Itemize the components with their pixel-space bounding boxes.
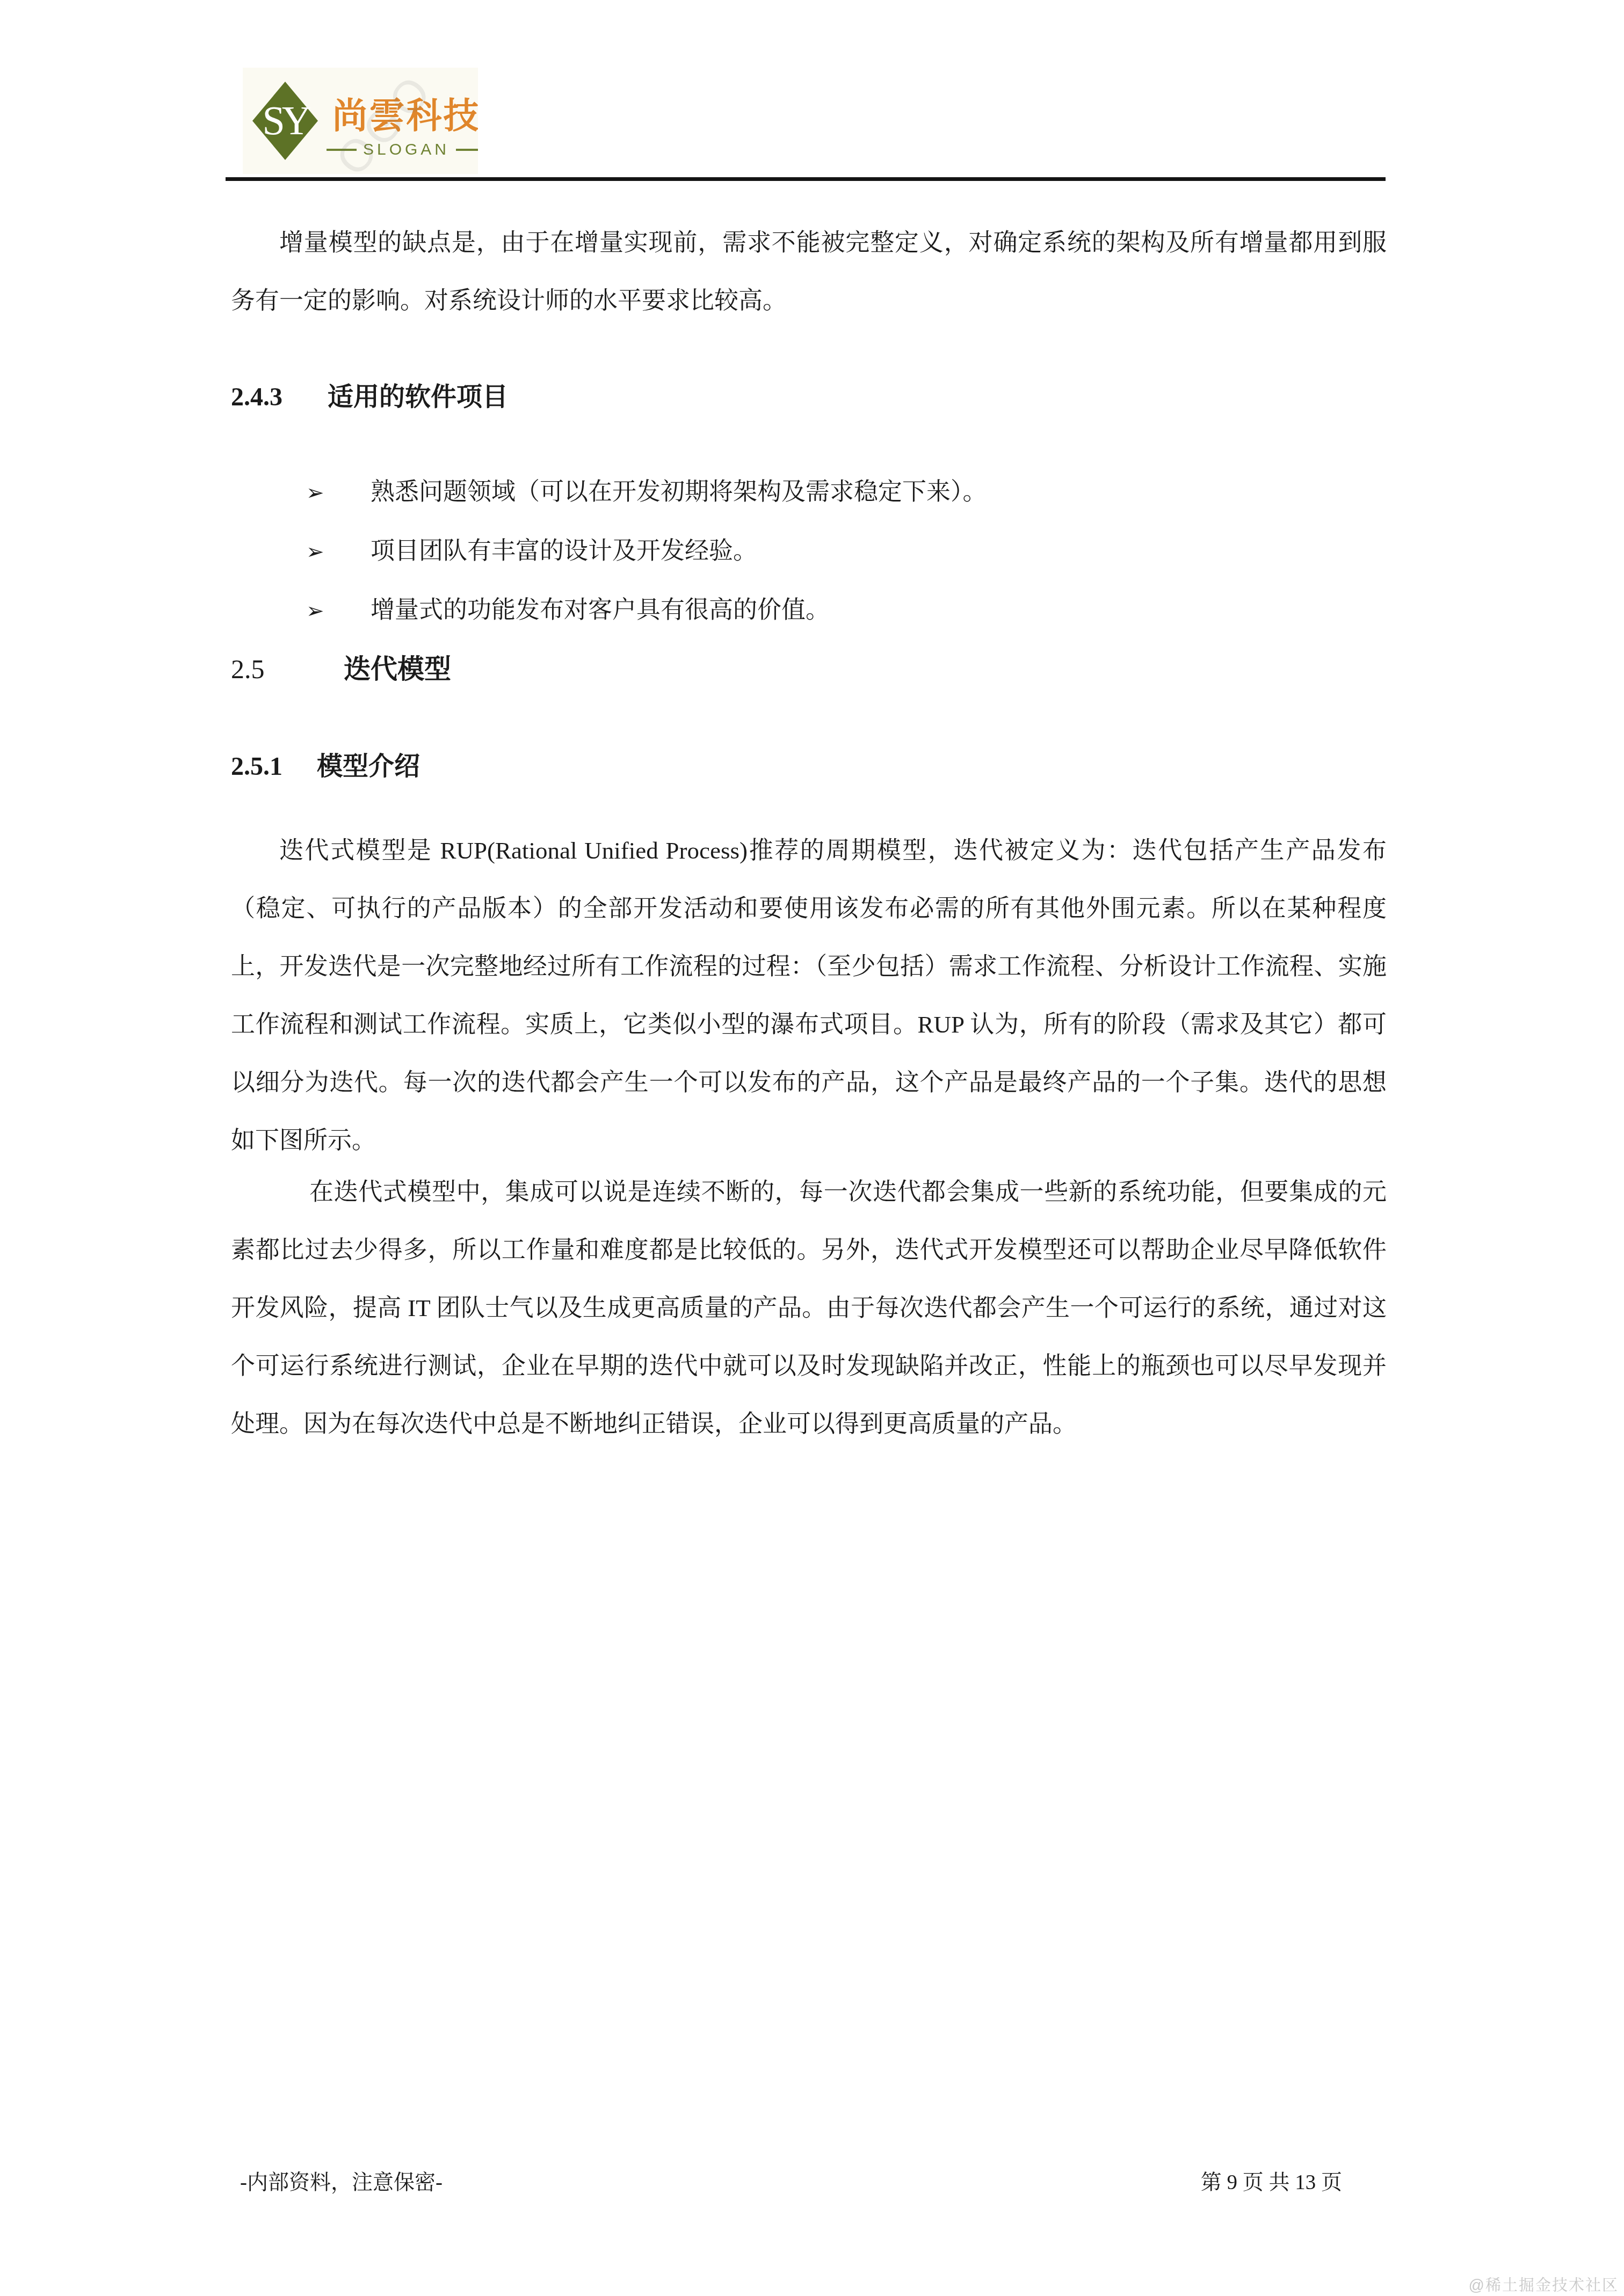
paragraph-iterative-model-intro: 迭代式模型是 RUP(Rational Unified Process)推荐的周…: [231, 822, 1387, 1169]
list-item: ➢项目团队有丰富的设计及开发经验。: [231, 522, 1387, 581]
heading-number: 2.5: [231, 652, 344, 686]
list-item: ➢增量式的功能发布对客户具有很高的价值。: [231, 581, 1387, 640]
document-page: LOGO SY 尚雲科技 SLOGAN 增量模型的缺点是，由于在增量实现前，需求…: [0, 0, 1624, 2296]
list-item-text: 增量式的功能发布对客户具有很高的价值。: [371, 597, 830, 623]
heading-2-5: 2.5迭代模型: [231, 652, 1387, 686]
heading-number: 2.5.1: [231, 751, 317, 783]
heading-title: 迭代模型: [344, 654, 451, 684]
header-divider-line: [226, 177, 1386, 181]
logo-diamond-icon: SY: [251, 81, 319, 161]
heading-2-5-1: 2.5.1模型介绍: [231, 751, 1387, 783]
list-item-text: 熟悉问题领域（可以在开发初期将架构及需求稳定下来）。: [371, 478, 987, 505]
heading-number: 2.4.3: [231, 381, 328, 413]
page-number: 第 9 页 共 13 页: [1201, 2169, 1342, 2197]
paragraph-iterative-model-benefits: 在迭代式模型中，集成可以说是连续不断的，每一次迭代都会集成一些新的系统功能，但要…: [231, 1163, 1387, 1453]
site-watermark: @稀土掘金技术社区: [1469, 2273, 1619, 2295]
confidentiality-notice: -内部资料，注意保密-: [240, 2169, 443, 2197]
applicable-projects-list: ➢熟悉问题领域（可以在开发初期将架构及需求稳定下来）。 ➢项目团队有丰富的设计及…: [231, 463, 1387, 640]
page-footer: -内部资料，注意保密- 第 9 页 共 13 页: [240, 2169, 1387, 2197]
company-name: 尚雲科技: [332, 98, 478, 135]
company-logo: LOGO SY 尚雲科技 SLOGAN: [243, 68, 478, 174]
logo-text-block: 尚雲科技 SLOGAN: [327, 98, 478, 157]
arrowhead-bullet-icon: ➢: [306, 464, 371, 522]
slogan-right-dash: [456, 149, 478, 151]
arrowhead-bullet-icon: ➢: [306, 582, 371, 640]
logo-slogan-row: SLOGAN: [327, 142, 478, 158]
paragraph-incremental-drawbacks: 增量模型的缺点是，由于在增量实现前，需求不能被完整定义，对确定系统的架构及所有增…: [231, 214, 1387, 330]
list-item-text: 项目团队有丰富的设计及开发经验。: [371, 537, 757, 564]
heading-title: 模型介绍: [317, 752, 420, 781]
list-item: ➢熟悉问题领域（可以在开发初期将架构及需求稳定下来）。: [231, 463, 1387, 522]
document-body: 增量模型的缺点是，由于在增量实现前，需求不能被完整定义，对确定系统的架构及所有增…: [231, 214, 1387, 1453]
heading-2-4-3: 2.4.3适用的软件项目: [231, 381, 1387, 413]
arrowhead-bullet-icon: ➢: [306, 523, 371, 581]
slogan-left-dash: [327, 149, 357, 151]
slogan-text: SLOGAN: [363, 142, 450, 158]
logo-monogram-text: SY: [262, 98, 310, 143]
heading-title: 适用的软件项目: [328, 383, 508, 411]
